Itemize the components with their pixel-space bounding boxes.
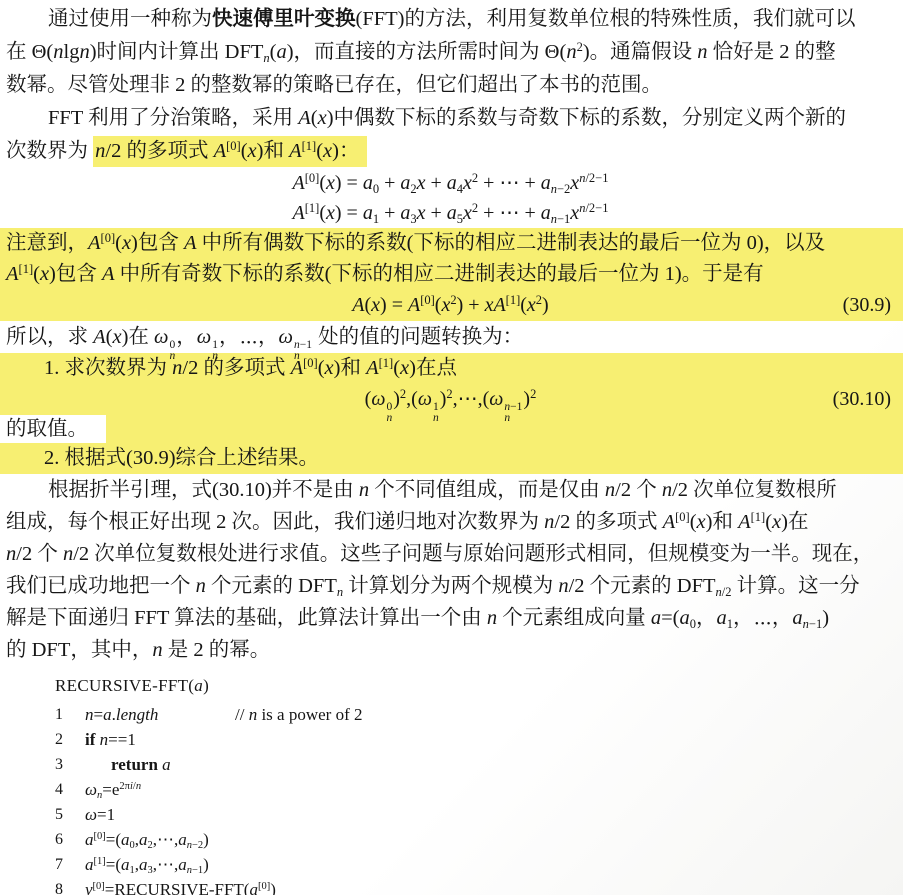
code-comment: // n is a power of 2 (235, 702, 362, 727)
halving-lemma-line-5: 解是下面递归 FFT 算法的基础，此算法计算出一个由 n 个元素组成向量 a=(… (6, 602, 895, 634)
line-number: 8 (55, 877, 68, 895)
pseudocode-line-5: 5 ω=1 (55, 802, 895, 827)
code-text: ω=1 (85, 802, 115, 827)
halving-lemma-line-3: n/2 个 n/2 次单位复数根处进行求值。这些子问题与原始问题形式相同，但规模… (6, 538, 895, 570)
code-text: y[0]=RECURSIVE-FFT(a[0]) (85, 877, 276, 895)
step-1-line: 1. 求次数界为 n/2 的多项式 A[0](x)和 A[1](x)在点 (6, 353, 895, 384)
line-number: 4 (55, 777, 68, 802)
halving-lemma-line-4: 我们已成功地把一个 n 个元素的 DFTn 计算划分为两个规模为 n/2 个元素… (6, 570, 895, 602)
fft-strategy-line-1: FFT 利用了分治策略，采用 A(x)中偶数下标的系数与奇数下标的系数，分别定义… (6, 102, 895, 135)
halving-lemma-line-6: 的 DFT，其中，n 是 2 的幂。 (6, 634, 895, 666)
step-2-line: 2. 根据式(30.9)综合上述结果。 (6, 443, 895, 474)
line-evaluation-problem: 所以，求 A(x)在 ω0n，ω1n，⋯，ωn−1n 处的值的问题转换为： (6, 321, 895, 353)
code-text: return a (85, 752, 171, 777)
pseudocode-line-1: 1 n=a.length // n is a power of 2 (55, 702, 895, 727)
line-number: 1 (55, 702, 68, 727)
equation-30-9-row: A(x) = A[0](x2) + xA[1](x2) (30.9) (6, 290, 895, 321)
notice-line-1: 注意到，A[0](x)包含 A 中所有偶数下标的系数(下标的相应二进制表达的最后… (6, 228, 895, 259)
polynomial-formula-inner: A[0](x) = a0 + a2x + a4x2 + ⋯ + an−2xn/2… (293, 168, 609, 228)
code-text: ωn=e2πi/n (85, 777, 141, 802)
halving-lemma-line-2: 组成，每个根正好出现 2 次。因此，我们递归地对次数界为 n/2 的多项式 A[… (6, 506, 895, 538)
pseudocode-block: RECURSIVE-FFT(a) 1 n=a.length // n is a … (55, 670, 895, 895)
equation-number-30-9: (30.9) (843, 290, 891, 321)
formula-a0: A[0](x) = a0 + a2x + a4x2 + ⋯ + an−2xn/2… (293, 168, 609, 198)
line-number: 6 (55, 827, 68, 852)
line-number: 2 (55, 727, 68, 752)
intro-line-2: 在 Θ(nlgn)时间内计算出 DFTn(a)，而直接的方法所需时间为 Θ(n2… (6, 36, 895, 69)
pseudocode-line-2: 2 if n==1 (55, 727, 895, 752)
pseudocode-line-6: 6 a[0]=(a0,a2,⋯,an−2) (55, 827, 895, 852)
pseudocode-title: RECURSIVE-FFT(a) (55, 670, 895, 702)
plain-text-segment: 次数界为 (6, 140, 93, 162)
highlighted-text-segment: n/2 的多项式 A[0](x)和 A[1](x)： (93, 136, 367, 167)
highlight-block-notice: 注意到，A[0](x)包含 A 中所有偶数下标的系数(下标的相应二进制表达的最后… (0, 228, 903, 321)
pseudocode-line-4: 4 ωn=e2πi/n (55, 777, 895, 802)
fft-strategy-line-2: 次数界为 n/2 的多项式 A[0](x)和 A[1](x)： (6, 135, 895, 168)
formula-a1: A[1](x) = a1 + a3x + a5x2 + ⋯ + an−1xn/2… (293, 198, 609, 228)
line-number: 3 (55, 752, 68, 777)
code-text: a[0]=(a0,a2,⋯,an−2) (85, 827, 209, 852)
pseudocode-line-7: 7 a[1]=(a1,a3,⋯,an−1) (55, 852, 895, 877)
notice-line-2: A[1](x)包含 A 中所有奇数下标的系数(下标的相应二进制表达的最后一位为 … (6, 259, 895, 290)
line-number: 7 (55, 852, 68, 877)
code-text: n=a.length (85, 702, 235, 727)
code-text: if n==1 (85, 727, 136, 752)
textbook-page: 通过使用一种称为快速傅里叶变换(FFT)的方法，利用复数单位根的特殊性质，我们就… (0, 0, 903, 895)
pseudocode-line-3: 3 return a (55, 752, 895, 777)
code-text: a[1]=(a1,a3,⋯,an−1) (85, 852, 209, 877)
intro-line-1: 通过使用一种称为快速傅里叶变换(FFT)的方法，利用复数单位根的特殊性质，我们就… (6, 3, 895, 36)
equation-30-10: (ω0n)2,(ω1n)2,⋯,(ωn−1n)2 (365, 388, 537, 410)
equation-number-30-10: (30.10) (833, 384, 891, 415)
continuation-text: 的取值。 (0, 415, 106, 443)
halving-lemma-line-1: 根据折半引理，式(30.10)并不是由 n 个不同值组成，而是仅由 n/2 个 … (6, 474, 895, 506)
equation-30-9: A(x) = A[0](x2) + xA[1](x2) (352, 294, 548, 316)
line-number: 5 (55, 802, 68, 827)
intro-line-3: 数幂。尽管处理非 2 的整数幂的策略已存在，但它们超出了本书的范围。 (6, 69, 895, 102)
highlight-block-steps: 1. 求次数界为 n/2 的多项式 A[0](x)和 A[1](x)在点 (ω0… (0, 353, 903, 474)
equation-30-10-row: (ω0n)2,(ω1n)2,⋯,(ωn−1n)2 (30.10) (6, 384, 895, 415)
continuation-line: 的取值。 (6, 415, 895, 443)
pseudocode-line-8: 8 y[0]=RECURSIVE-FFT(a[0]) (55, 877, 895, 895)
polynomial-formula-group: A[0](x) = a0 + a2x + a4x2 + ⋯ + an−2xn/2… (6, 168, 895, 228)
